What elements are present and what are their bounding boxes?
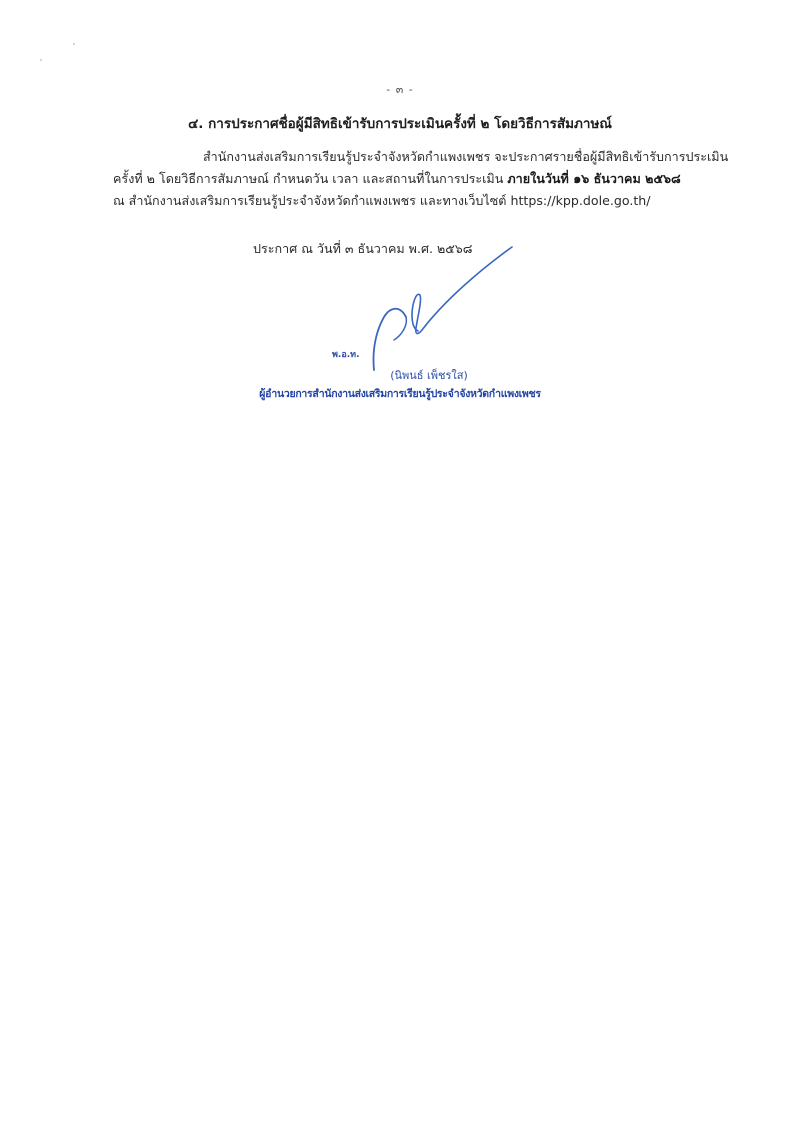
scan-speck bbox=[73, 43, 75, 45]
section-heading: ๔. การประกาศชื่อผู้มีสิทธิเข้ารับการประเ… bbox=[0, 112, 800, 134]
scan-speck bbox=[40, 59, 42, 61]
signature-icon bbox=[360, 245, 520, 375]
paragraph-line-1: สำนักงานส่งเสริมการเรียนรู้ประจำจังหวัดก… bbox=[113, 146, 738, 168]
paragraph-line-2: ครั้งที่ ๒ โดยวิธีการสัมภาษณ์ กำหนดวัน เ… bbox=[113, 168, 738, 190]
paragraph-line-2-text: ครั้งที่ ๒ โดยวิธีการสัมภาษณ์ กำหนดวัน เ… bbox=[113, 171, 507, 186]
deadline-date: ภายในวันที่ ๑๖ ธันวาคม ๒๕๖๘ bbox=[507, 171, 680, 186]
signer-title: ผู้อำนวยการสำนักงานส่งเสริมการเรียนรู้ปร… bbox=[0, 385, 800, 402]
signer-name: (นิพนธ์ เพ็ชรใส) bbox=[0, 366, 800, 384]
page-number: - ๓ - bbox=[0, 80, 800, 98]
body-paragraph: สำนักงานส่งเสริมการเรียนรู้ประจำจังหวัดก… bbox=[113, 146, 738, 212]
proxy-mark: พ.อ.ท. bbox=[332, 347, 360, 361]
paragraph-line-3: ณ สำนักงานส่งเสริมการเรียนรู้ประจำจังหวั… bbox=[113, 190, 738, 212]
document-page: - ๓ - ๔. การประกาศชื่อผู้มีสิทธิเข้ารับก… bbox=[0, 0, 800, 1130]
paragraph-line-3-text: ณ สำนักงานส่งเสริมการเรียนรู้ประจำจังหวั… bbox=[113, 193, 510, 208]
website-link[interactable]: https://kpp.dole.go.th/ bbox=[510, 193, 650, 208]
announcement-date: ประกาศ ณ วันที่ ๓ ธันวาคม พ.ศ. ๒๕๖๘ bbox=[253, 239, 473, 259]
